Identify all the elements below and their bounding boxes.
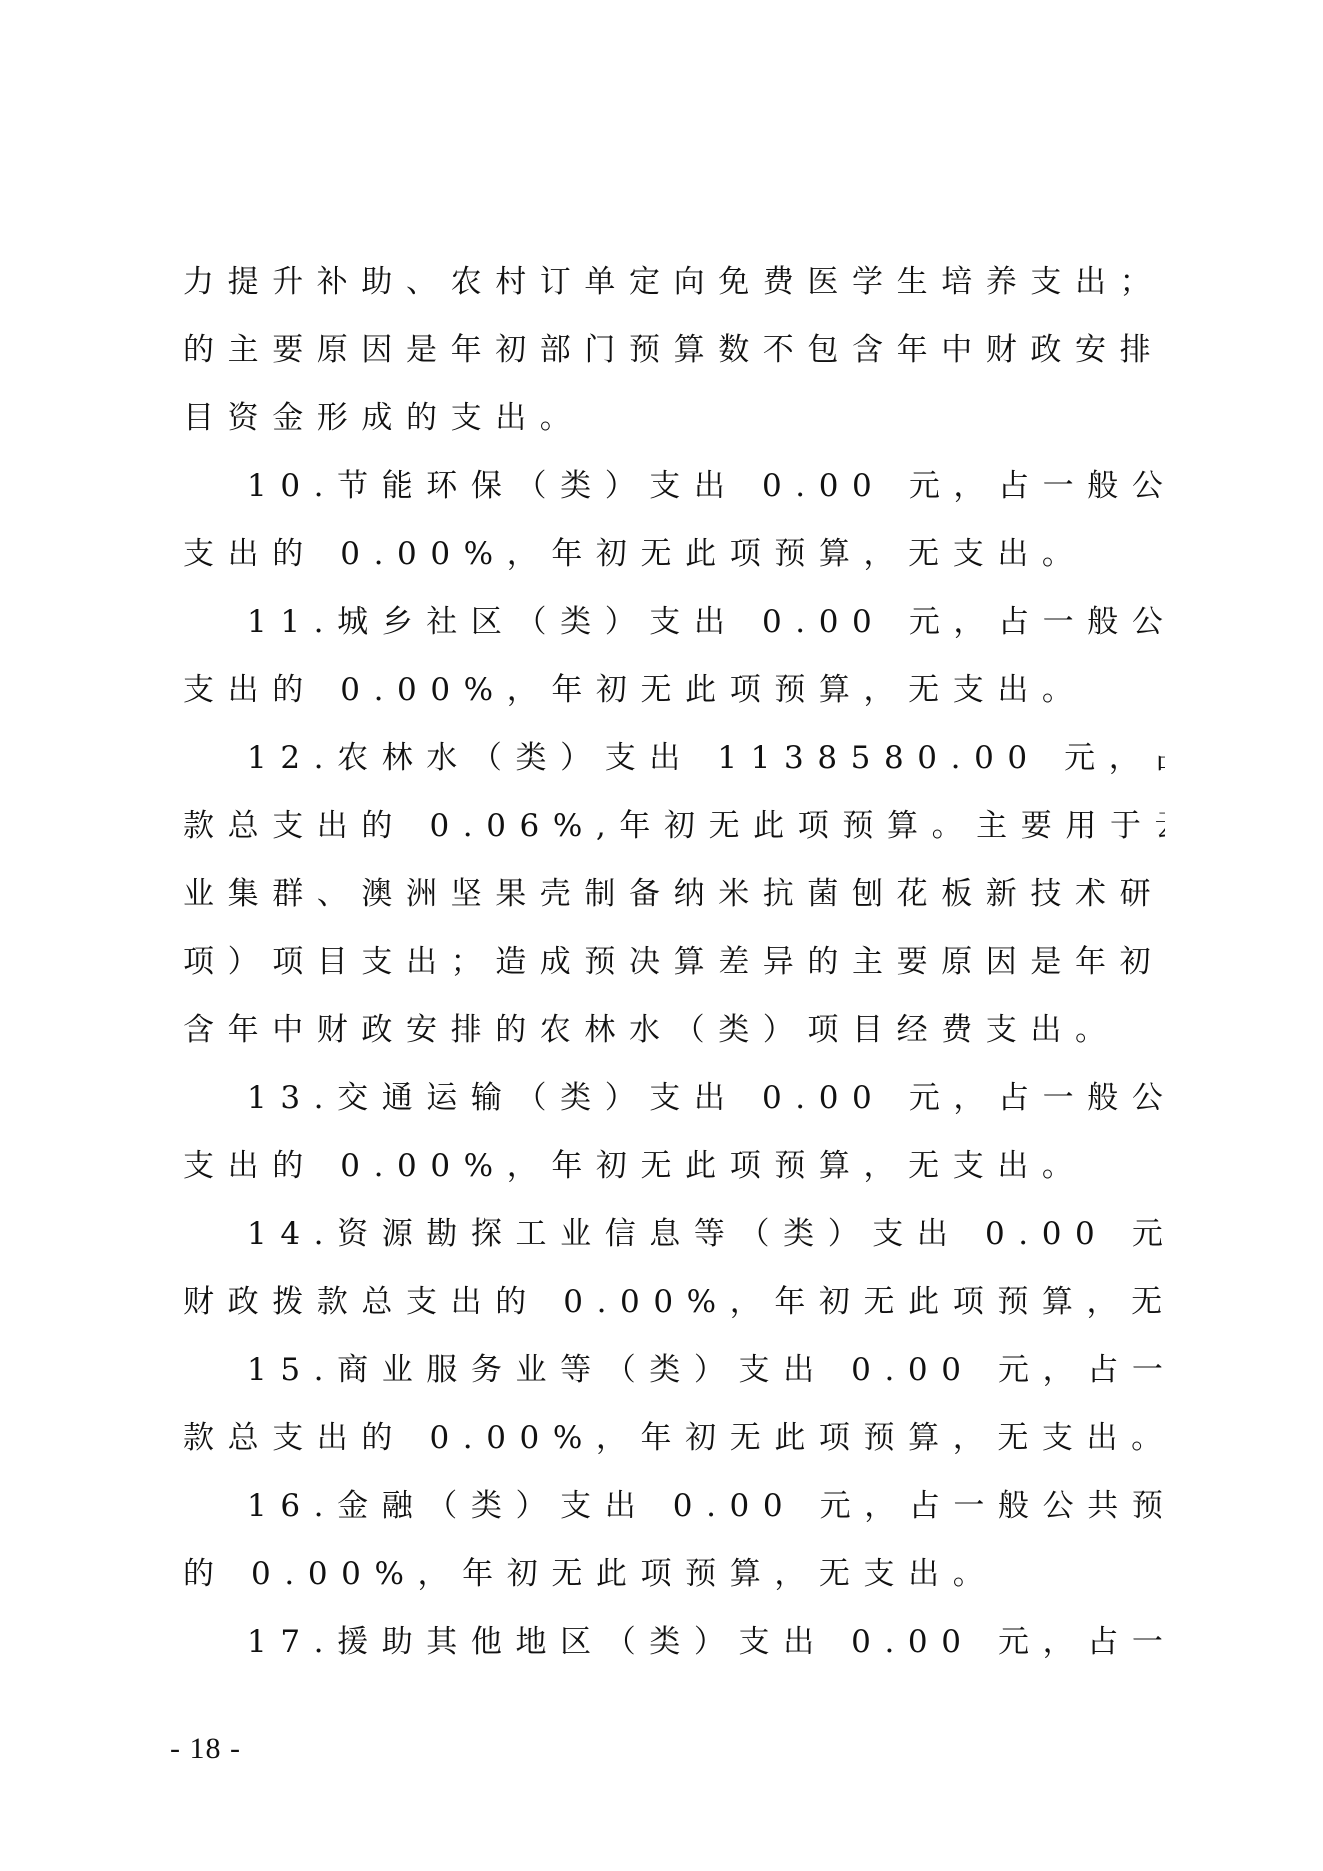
text-line: 财政拨款总支出的 0.00%，年初无此项预算，无支出。 bbox=[183, 1268, 1165, 1336]
paragraph-item-14: 14.资源勘探工业信息等（类）支出 0.00 元，占一般公共预算 财政拨款总支出… bbox=[183, 1200, 1165, 1336]
paragraph-item-10: 10.节能环保（类）支出 0.00 元，占一般公共预算财政拨款总 支出的 0.0… bbox=[183, 452, 1165, 588]
paragraph-continuation: 力提升补助、农村订单定向免费医学生培养支出；造成预决算差异 的主要原因是年初部门… bbox=[183, 248, 1165, 452]
text-line: 13.交通运输（类）支出 0.00 元，占一般公共预算财政拨款总 bbox=[183, 1064, 1165, 1132]
paragraph-item-13: 13.交通运输（类）支出 0.00 元，占一般公共预算财政拨款总 支出的 0.0… bbox=[183, 1064, 1165, 1200]
text-line: 14.资源勘探工业信息等（类）支出 0.00 元，占一般公共预算 bbox=[183, 1200, 1165, 1268]
paragraph-item-11: 11.城乡社区（类）支出 0.00 元，占一般公共预算财政拨款总 支出的 0.0… bbox=[183, 588, 1165, 724]
text-line: 支出的 0.00%，年初无此项预算，无支出。 bbox=[183, 656, 1165, 724]
text-line: 的主要原因是年初部门预算数不包含年中财政安排的卫生健康类项 bbox=[183, 316, 1165, 384]
paragraph-item-12: 12.农林水（类）支出 1138580.00 元，占一般公共预算财政拨 款总支出… bbox=[183, 724, 1165, 1064]
text-line: 17.援助其他地区（类）支出 0.00 元，占一般公共预算财政拨 bbox=[183, 1608, 1165, 1676]
page-number: - 18 - bbox=[170, 1732, 241, 1766]
text-line: 款总支出的 0.00%，年初无此项预算，无支出。 bbox=[183, 1404, 1165, 1472]
paragraph-item-15: 15.商业服务业等（类）支出 0.00 元，占一般公共预算财政拨 款总支出的 0… bbox=[183, 1336, 1165, 1472]
text-line: 的 0.00%，年初无此项预算，无支出。 bbox=[183, 1540, 1165, 1608]
text-line: 10.节能环保（类）支出 0.00 元，占一般公共预算财政拨款总 bbox=[183, 452, 1165, 520]
text-line: 款总支出的 0.06%,年初无此项预算。主要用于云南省第二批农业产 bbox=[183, 792, 1165, 860]
text-line: 目资金形成的支出。 bbox=[183, 384, 1165, 452]
text-line: 项）项目支出；造成预决算差异的主要原因是年初部门预算数不包 bbox=[183, 928, 1165, 996]
paragraph-item-16: 16.金融（类）支出 0.00 元，占一般公共预算财政拨款总支出 的 0.00%… bbox=[183, 1472, 1165, 1608]
paragraph-item-17: 17.援助其他地区（类）支出 0.00 元，占一般公共预算财政拨 bbox=[183, 1608, 1165, 1676]
text-line: 12.农林水（类）支出 1138580.00 元，占一般公共预算财政拨 bbox=[183, 724, 1165, 792]
text-line: 力提升补助、农村订单定向免费医学生培养支出；造成预决算差异 bbox=[183, 248, 1165, 316]
text-line: 业集群、澳洲坚果壳制备纳米抗菌刨花板新技术研究（林草联合专 bbox=[183, 860, 1165, 928]
text-line: 16.金融（类）支出 0.00 元，占一般公共预算财政拨款总支出 bbox=[183, 1472, 1165, 1540]
text-line: 支出的 0.00%，年初无此项预算，无支出。 bbox=[183, 520, 1165, 588]
text-line: 15.商业服务业等（类）支出 0.00 元，占一般公共预算财政拨 bbox=[183, 1336, 1165, 1404]
text-line: 含年中财政安排的农林水（类）项目经费支出。 bbox=[183, 996, 1165, 1064]
document-body: 力提升补助、农村订单定向免费医学生培养支出；造成预决算差异 的主要原因是年初部门… bbox=[183, 248, 1165, 1676]
text-line: 支出的 0.00%，年初无此项预算，无支出。 bbox=[183, 1132, 1165, 1200]
text-line: 11.城乡社区（类）支出 0.00 元，占一般公共预算财政拨款总 bbox=[183, 588, 1165, 656]
